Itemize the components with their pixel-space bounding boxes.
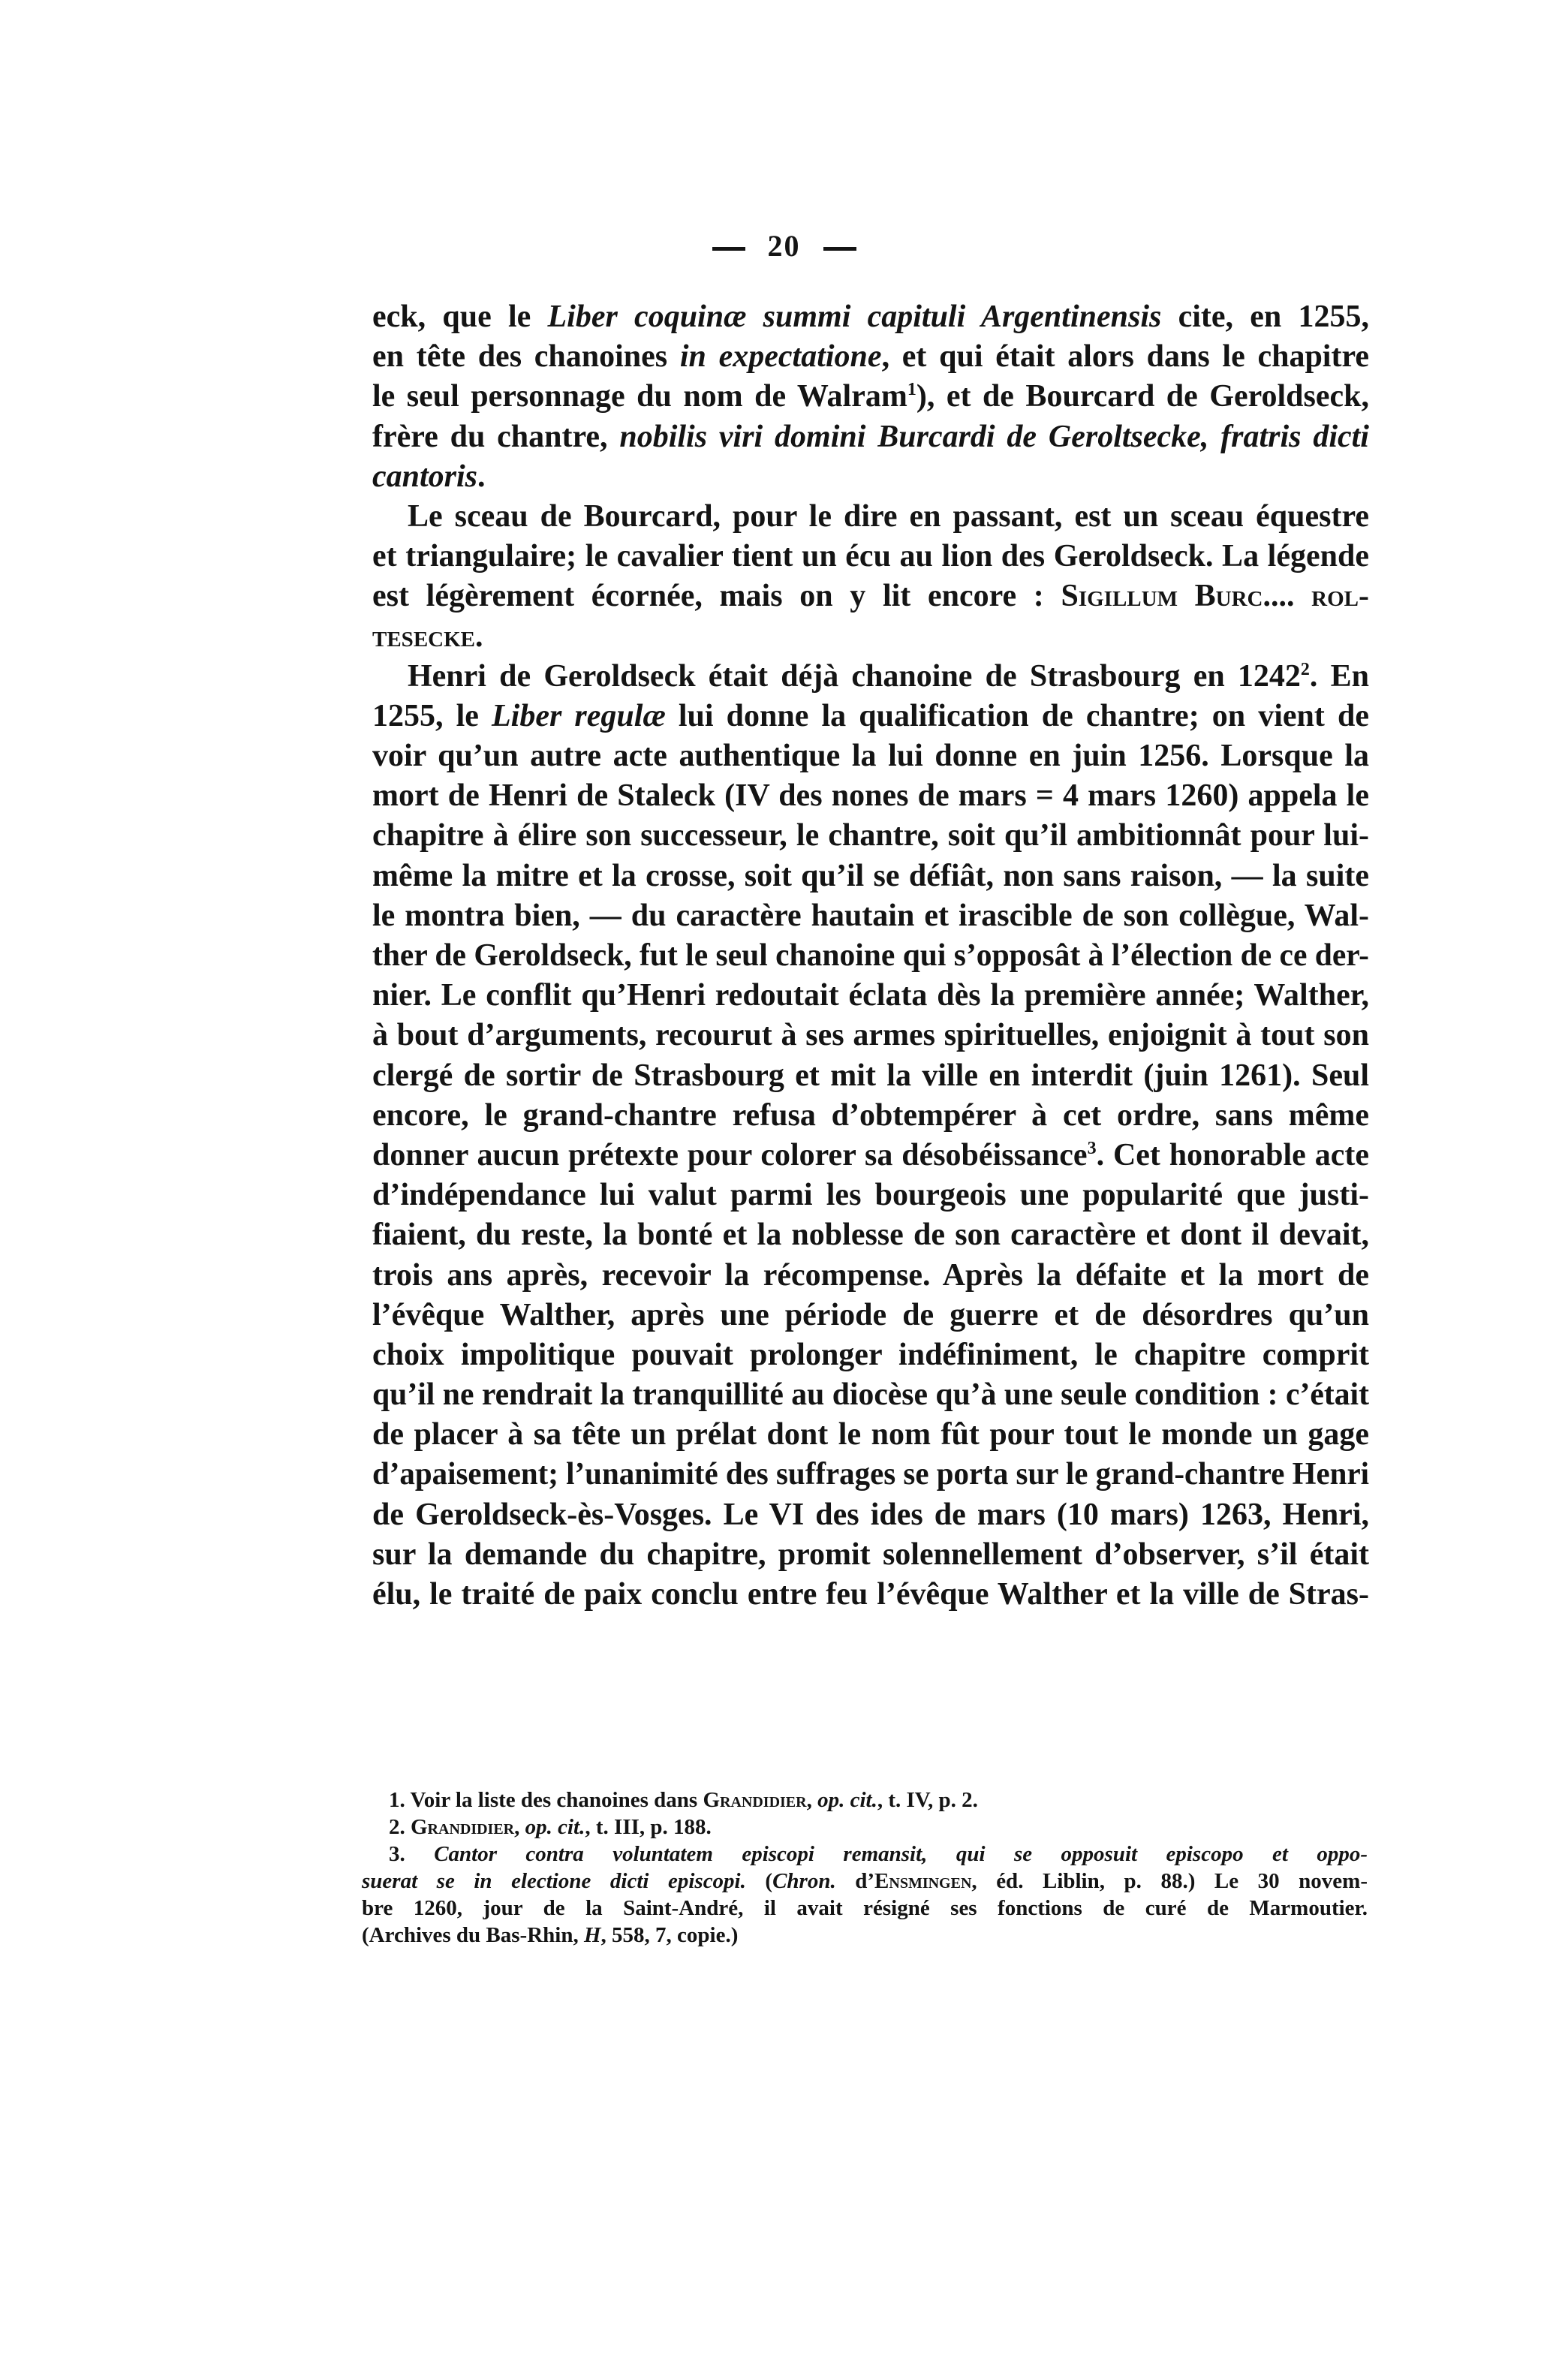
seal-legend: Sigillum Burc.... rol- [1061, 579, 1369, 613]
text-line: le montra bien, — du caractère hautain e… [372, 896, 1369, 936]
text-line: à bout d’arguments, recourut à ses armes… [372, 1016, 1369, 1055]
text-line: voir qu’un autre acte authentique la lui… [372, 736, 1369, 776]
footnote-2: 2. Grandidier, op. cit., t. III, p. 188. [362, 1814, 1368, 1841]
text-line: trois ans après, recevoir la récompense.… [372, 1256, 1369, 1296]
footnote-3: 3. Cantor contra voluntatem episcopi rem… [362, 1841, 1368, 1868]
text-line: l’évêque Walther, après une période de g… [372, 1296, 1369, 1335]
text-line: eck, que le Liber coquinæ summi capituli… [372, 297, 1369, 337]
paragraph-start: Le sceau de Bourcard, pour le dire en pa… [372, 497, 1369, 537]
text-line: est légèrement écornée, mais on y lit en… [372, 576, 1369, 616]
text-line: le seul personnage du nom de Walram1), e… [372, 377, 1369, 417]
footnote-ref-3[interactable]: 3 [1088, 1139, 1097, 1158]
text-line: nier. Le conflit qu’Henri redoutait écla… [372, 976, 1369, 1016]
footnote-3-cont: (Archives du Bas-Rhin, H, 558, 7, copie.… [362, 1922, 1368, 1949]
text-line: chapitre à élire son successeur, le chan… [372, 816, 1369, 856]
text-line: sur la demande du chapitre, promit solen… [372, 1535, 1369, 1575]
body-text: eck, que le Liber coquinæ summi capituli… [372, 297, 1369, 1615]
text-line: frère du chantre, nobilis viri domini Bu… [372, 417, 1369, 457]
text-line: encore, le grand-chantre refusa d’obtemp… [372, 1096, 1369, 1136]
footnote-3-cont: suerat se in electione dicti episcopi. (… [362, 1868, 1368, 1895]
text-line: qu’il ne rendrait la tranquillité au dio… [372, 1375, 1369, 1415]
text-line: de placer à sa tête un prélat dont le no… [372, 1415, 1369, 1455]
text-line: même la mitre et la crosse, soit qu’il s… [372, 856, 1369, 896]
text-line: en tête des chanoines in expectatione, e… [372, 337, 1369, 377]
text-line: élu, le traité de paix conclu entre feu … [372, 1575, 1369, 1615]
text-line: tesecke. [372, 617, 1369, 657]
text-line: et triangulaire; le cavalier tient un éc… [372, 537, 1369, 576]
text-line: cantoris. [372, 457, 1369, 497]
text-line: donner aucun prétexte pour colorer sa dé… [372, 1136, 1369, 1175]
footnote-ref-1[interactable]: 1 [907, 380, 916, 399]
footnote-3-cont: bre 1260, jour de la Saint-André, il ava… [362, 1895, 1368, 1922]
footnotes: 1. Voir la liste des chanoines dans Gran… [362, 1787, 1368, 1949]
text-line: d’indépendance lui valut parmi les bourg… [372, 1175, 1369, 1215]
text-line: 1255, le Liber regulæ lui donne la quali… [372, 697, 1369, 736]
footnote-ref-2[interactable]: 2 [1301, 660, 1310, 679]
page-number-header: 20 [0, 228, 1568, 263]
text-line: ther de Geroldseck, fut le seul chanoine… [372, 936, 1369, 976]
seal-legend: tesecke. [372, 619, 483, 654]
text-line: mort de Henri de Staleck (IV des nones d… [372, 776, 1369, 816]
text-line: d’apaisement; l’unanimité des suffrages … [372, 1455, 1369, 1495]
text-line: choix impolitique pouvait prolonger indé… [372, 1335, 1369, 1375]
paragraph-start: Henri de Geroldseck était déjà chanoine … [372, 657, 1369, 697]
text-line: de Geroldseck-ès-Vosges. Le VI des ides … [372, 1495, 1369, 1535]
text-line: clergé de sortir de Strasbourg et mit la… [372, 1056, 1369, 1096]
text-line: fiaient, du reste, la bonté et la nobles… [372, 1215, 1369, 1255]
footnote-1: 1. Voir la liste des chanoines dans Gran… [362, 1787, 1368, 1814]
dash-right [823, 247, 856, 251]
dash-left [712, 247, 745, 251]
page-number: 20 [768, 229, 801, 263]
